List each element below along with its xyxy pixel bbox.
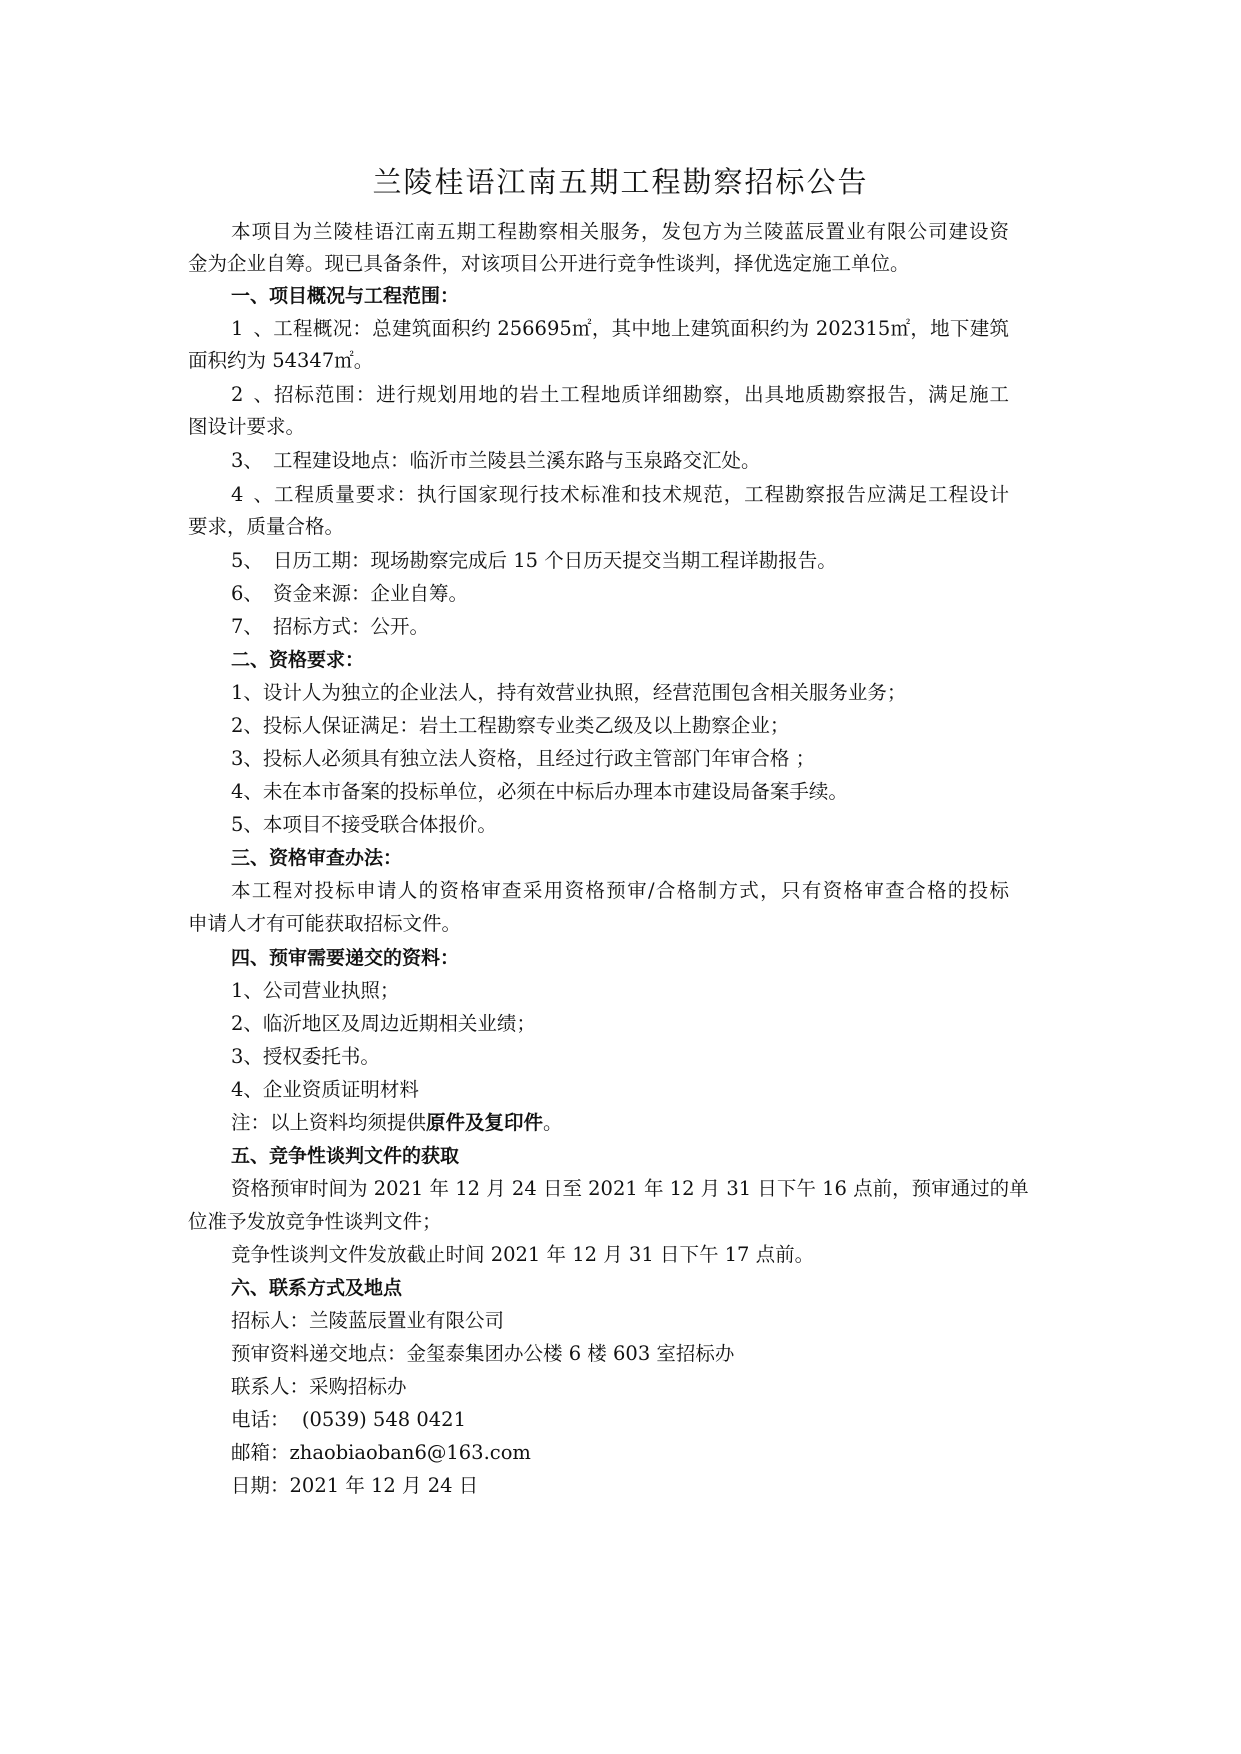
date: 日期：2021 年 12 月 24 日 [231, 1474, 478, 1498]
section-4-item-4: 4、企业资质证明材料 [231, 1078, 419, 1102]
section-4-item-2: 2、临沂地区及周边近期相关业绩； [231, 1012, 536, 1036]
section-2-item-5: 5、本项目不接受联合体报价。 [231, 813, 497, 837]
item-text: 资金来源：企业自筹。 [273, 582, 468, 605]
section-4-note: 注：以上资料均须提供原件及复印件。 [231, 1111, 563, 1135]
phone: 电话： (0539) 548 0421 [231, 1408, 466, 1432]
section-1-item-1-cont: 面积约为 54347㎡。 [188, 349, 373, 373]
note-emphasis: 原件及复印件 [426, 1111, 543, 1134]
section-5-heading: 五、竞争性谈判文件的获取 [231, 1144, 459, 1168]
item-number: 7、 [231, 615, 273, 639]
tenderer: 招标人：兰陵蓝辰置业有限公司 [231, 1309, 504, 1333]
section-1-item-2-cont: 图设计要求。 [188, 415, 305, 439]
intro-line-2: 金为企业自筹。现已具备条件，对该项目公开进行竞争性谈判，择优选定施工单位。 [188, 252, 910, 276]
section-2-item-1: 1、设计人为独立的企业法人，持有效营业执照，经营范围包含相关服务业务； [231, 681, 906, 705]
item-text: 招标方式：公开。 [273, 615, 429, 638]
section-2-item-4: 4、未在本市备案的投标单位，必须在中标后办理本市建设局备案手续。 [231, 780, 848, 804]
section-1-item-1: 1、工程概况：总建筑面积约 256695㎡，其中地上建筑面积约为 202315㎡… [231, 317, 1009, 341]
item-text: 工程建设地点：临沂市兰陵县兰溪东路与玉泉路交汇处。 [273, 449, 761, 472]
section-1-item-3: 3、工程建设地点：临沂市兰陵县兰溪东路与玉泉路交汇处。 [231, 449, 761, 473]
section-1-item-6: 6、资金来源：企业自筹。 [231, 582, 468, 606]
section-2-heading: 二、资格要求： [231, 648, 364, 672]
section-1-item-5: 5、日历工期：现场勘察完成后 15 个日历天提交当期工程详勘报告。 [231, 549, 837, 573]
section-4-heading: 四、预审需要递交的资料： [231, 946, 459, 970]
section-6-heading: 六、联系方式及地点 [231, 1276, 402, 1300]
item-number: 6、 [231, 582, 273, 606]
section-5-line-3: 竞争性谈判文件发放截止时间 2021 年 12 月 31 日下午 17 点前。 [231, 1243, 814, 1267]
section-4-item-1: 1、公司营业执照； [231, 979, 399, 1003]
intro-line-1: 本项目为兰陵桂语江南五期工程勘察相关服务，发包方为兰陵蓝辰置业有限公司建设资 [231, 220, 1009, 244]
section-2-item-3: 3、投标人必须具有独立法人资格，且经过行政主管部门年审合格 ； [231, 747, 815, 771]
section-3-line-1: 本工程对投标申请人的资格审查采用资格预审/合格制方式，只有资格审查合格的投标 [231, 879, 1009, 903]
item-text: 日历工期：现场勘察完成后 15 个日历天提交当期工程详勘报告。 [273, 549, 837, 572]
note-prefix: 注：以上资料均须提供 [231, 1111, 426, 1134]
item-text: 招标范围：进行规划用地的岩土工程地质详细勘察，出具地质勘察报告，满足施工 [273, 383, 1009, 406]
section-3-heading: 三、资格审查办法： [231, 846, 402, 870]
item-number: 5、 [231, 549, 273, 573]
section-2-item-2: 2、投标人保证满足：岩土工程勘察专业类乙级及以上勘察企业； [231, 714, 789, 738]
section-1-heading: 一、项目概况与工程范围： [231, 284, 459, 308]
item-number: 2、 [231, 383, 273, 407]
section-5-line-1: 资格预审时间为 2021 年 12 月 24 日至 2021 年 12 月 31… [231, 1177, 1009, 1201]
item-text: 工程质量要求：执行国家现行技术标准和技术规范，工程勘察报告应满足工程设计 [273, 483, 1009, 506]
document-title: 兰陵桂语江南五期工程勘察招标公告 [0, 160, 1241, 201]
submission-location: 预审资料递交地点：金玺泰集团办公楼 6 楼 603 室招标办 [231, 1342, 734, 1366]
item-number: 4、 [231, 483, 273, 507]
section-1-item-4: 4、工程质量要求：执行国家现行技术标准和技术规范，工程勘察报告应满足工程设计 [231, 483, 1009, 507]
contact-person: 联系人：采购招标办 [231, 1375, 407, 1399]
section-1-item-4-cont: 要求，质量合格。 [188, 515, 344, 539]
item-number: 3、 [231, 449, 273, 473]
section-4-item-3: 3、授权委托书。 [231, 1045, 380, 1069]
section-3-line-2: 申请人才有可能获取招标文件。 [188, 912, 461, 936]
section-5-line-2: 位准予发放竞争性谈判文件； [188, 1210, 442, 1234]
document-page: 兰陵桂语江南五期工程勘察招标公告 本项目为兰陵桂语江南五期工程勘察相关服务，发包… [0, 0, 1241, 1754]
note-suffix: 。 [543, 1111, 563, 1134]
email: 邮箱：zhaobiaoban6@163.com [231, 1441, 531, 1465]
section-1-item-2: 2、招标范围：进行规划用地的岩土工程地质详细勘察，出具地质勘察报告，满足施工 [231, 383, 1009, 407]
section-1-item-7: 7、招标方式：公开。 [231, 615, 429, 639]
item-number: 1、 [231, 317, 273, 341]
item-text: 工程概况：总建筑面积约 256695㎡，其中地上建筑面积约为 202315㎡，地… [273, 317, 1009, 340]
